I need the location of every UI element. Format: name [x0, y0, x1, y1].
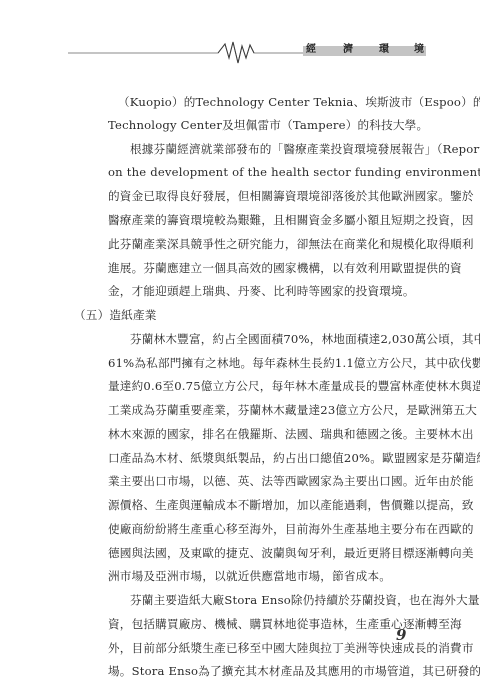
section-label-char: 境	[414, 43, 424, 57]
paragraph-line: 芬蘭主要造紙大廠Stora Enso除仍持續於芬蘭投資，也在海外大量投	[130, 591, 414, 609]
paragraph-line: 進展。芬蘭應建立一個具高效的國家機構，以有效利用歐盟提供的資	[108, 259, 414, 277]
section-label-char: 經	[306, 43, 316, 57]
section-label-char: 環	[379, 43, 389, 57]
paragraph-line: （Kuopio）的Technology Center Teknia、埃斯波市（E…	[118, 93, 414, 111]
paragraph-line: 的資金已取得良好發展，但相關籌資環境卻落後於其他歐洲國家。鑒於	[108, 187, 414, 205]
section-heading: （五）造紙產業	[74, 306, 194, 324]
paragraph-line: on the development of the health sector …	[108, 163, 414, 181]
paragraph-line: 使廠商紛紛將生產重心移至海外，目前海外生產基地主要分布在西歐的	[108, 520, 414, 538]
paragraph-line: 業主要出口市場，以德、英、法等西歐國家為主要出口國。近年由於能	[108, 472, 414, 490]
paragraph-line: 林木來源的國家，排名在俄羅斯、法國、瑞典和德國之後。主要林木出	[108, 425, 414, 443]
header-rule-with-zigzag-icon	[0, 0, 480, 70]
paragraph-line: 量達約0.6至0.75億立方公尺，每年林木產量成長的豐富林產使林木與造紙	[108, 377, 414, 395]
paragraph-line: 61%為私部門擁有之林地。每年森林生長約1.1億立方公尺，其中砍伐數	[108, 354, 414, 372]
paragraph-line: 金，才能迎頭趕上瑞典、丹麥、比利時等國家的投資環境。	[108, 282, 414, 300]
section-label-char: 濟	[343, 43, 353, 57]
paragraph-line: 外，目前部分紙漿生產已移至中國大陸與拉丁美洲等快速成長的消費市	[108, 639, 414, 657]
paragraph-line: 源價格、生產與運輸成本不斷增加，加以產能過剩，售價難以提高，致	[108, 496, 414, 514]
paragraph-line: 醫療產業的籌資環境較為艱難，且相關資金多屬小額且短期之投資，因	[108, 211, 414, 229]
running-header: 經 濟 環 境	[0, 0, 480, 70]
paragraph-line: 芬蘭林木豐富，約占全國面積70%，林地面積達2,030萬公頃，其中	[130, 330, 414, 348]
page-number: 9	[396, 626, 406, 644]
paragraph-line: Technology Center及坦佩雷市（Tampere）的科技大學。	[108, 116, 414, 134]
paragraph-line: 場。Stora Enso為了擴充其木材產品及其應用的市場管道，其已研發的新	[108, 662, 414, 679]
paragraph-line: 工業成為芬蘭重要產業，芬蘭林木藏量達23億立方公尺，是歐洲第五大	[108, 401, 414, 419]
paragraph-line: 根據芬蘭經濟就業部發布的「醫療產業投資環境發展報告」（Report	[130, 140, 414, 158]
paragraph-line: 德國與法國，及東歐的捷克、波蘭與匈牙利，最近更將目標逐漸轉向美	[108, 544, 414, 562]
section-label-bar: 經 濟 環 境	[303, 46, 426, 56]
paragraph-line: 洲市場及亞洲市場，以就近供應當地市場，節省成本。	[108, 567, 414, 585]
paragraph-line: 資，包括購買廠房、機械、購買林地從事造林，生產重心逐漸轉至海	[108, 615, 414, 633]
paragraph-line: 口產品為木材、紙漿與紙製品，約占出口總值20%。歐盟國家是芬蘭造紙	[108, 449, 414, 467]
paragraph-line: 此芬蘭產業深具競爭性之研究能力，卻無法在商業化和規模化取得順利	[108, 235, 414, 253]
